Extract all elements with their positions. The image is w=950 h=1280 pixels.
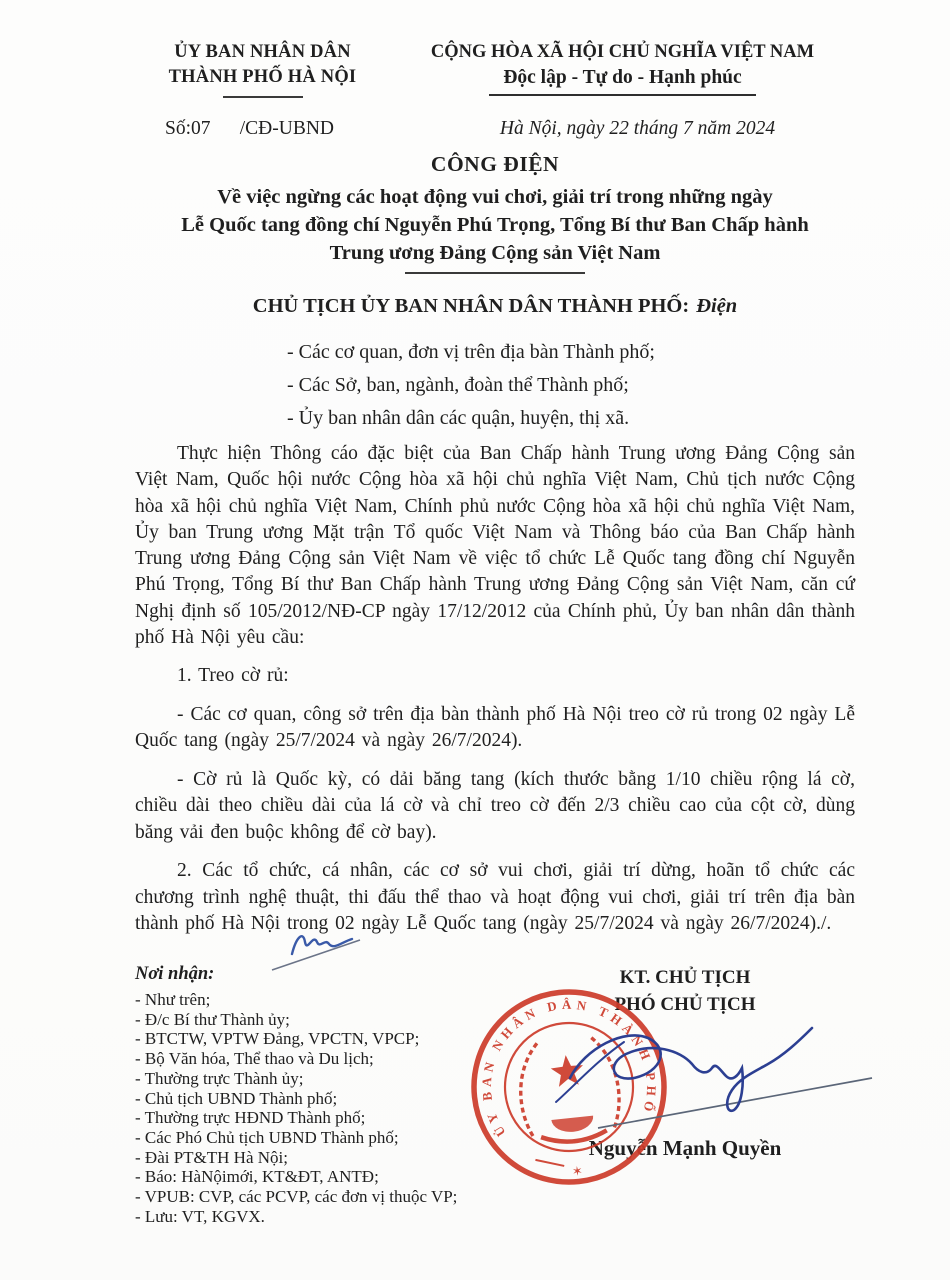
subject-underline — [405, 272, 585, 274]
handwritten-signature — [540, 1000, 900, 1150]
addressee-item: - Các cơ quan, đơn vị trên địa bàn Thành… — [287, 336, 855, 369]
subject-line-3: Trung ương Đảng Cộng sản Việt Nam — [135, 239, 855, 267]
addressee-list: - Các cơ quan, đơn vị trên địa bàn Thành… — [135, 336, 855, 435]
subject-line-2: Lễ Quốc tang đồng chí Nguyễn Phú Trọng, … — [135, 211, 855, 239]
document-page: ỦY BAN NHÂN DÂN THÀNH PHỐ HÀ NỘI CỘNG HÒ… — [0, 0, 950, 1280]
section2-paragraph: 2. Các tổ chức, cá nhân, các cơ sở vui c… — [135, 858, 855, 938]
title-block: CÔNG ĐIỆN Về việc ngừng các hoạt động vu… — [135, 152, 855, 274]
intro-paragraph: Thực hiện Thông cáo đặc biệt của Ban Chấ… — [135, 441, 855, 651]
issuer-name-line2: THÀNH PHỐ HÀ NỘI — [135, 65, 390, 90]
issuer-name-line1: ỦY BAN NHÂN DÂN — [135, 40, 390, 65]
section1-item2: - Cờ rủ là Quốc kỳ, có dải băng tang (kí… — [135, 767, 855, 847]
national-motto-block: CỘNG HÒA XÃ HỘI CHỦ NGHĨA VIỆT NAM Độc l… — [390, 40, 855, 98]
seal-bottom-star: ✶ — [571, 1163, 583, 1179]
section1-item1: - Các cơ quan, công sở trên địa bàn thàn… — [135, 702, 855, 755]
salutation-bold: CHỦ TỊCH ỦY BAN NHÂN DÂN THÀNH PHỐ: — [253, 295, 689, 317]
document-number: Số:07 /CĐ-UBND — [135, 118, 420, 140]
issuer-block: ỦY BAN NHÂN DÂN THÀNH PHỐ HÀ NỘI — [135, 40, 390, 98]
national-title: CỘNG HÒA XÃ HỘI CHỦ NGHĨA VIỆT NAM — [390, 40, 855, 65]
number-date-row: Số:07 /CĐ-UBND Hà Nội, ngày 22 tháng 7 n… — [135, 118, 855, 140]
document-type-title: CÔNG ĐIỆN — [135, 152, 855, 177]
salutation-italic: Điện — [696, 295, 737, 317]
addressee-item: - Ủy ban nhân dân các quận, huyện, thị x… — [287, 402, 855, 435]
distribution-label: Nơi nhận: — [135, 964, 545, 985]
addressee-item: - Các Sở, ban, ngành, đoàn thể Thành phố… — [287, 369, 855, 402]
place-and-date: Hà Nội, ngày 22 tháng 7 năm 2024 — [420, 118, 855, 140]
salutation: CHỦ TỊCH ỦY BAN NHÂN DÂN THÀNH PHỐ:Điện — [135, 295, 855, 318]
document-header: ỦY BAN NHÂN DÂN THÀNH PHỐ HÀ NỘI CỘNG HÒ… — [135, 40, 855, 98]
section1-heading: 1. Treo cờ rủ: — [135, 663, 855, 690]
subject-line-1: Về việc ngừng các hoạt động vui chơi, gi… — [135, 183, 855, 211]
document-body: Thực hiện Thông cáo đặc biệt của Ban Chấ… — [135, 441, 855, 938]
issuer-underline — [223, 96, 303, 98]
national-motto: Độc lập - Tự do - Hạnh phúc — [489, 65, 755, 96]
distribution-item: - Lưu: VT, KGVX. — [135, 1207, 545, 1227]
